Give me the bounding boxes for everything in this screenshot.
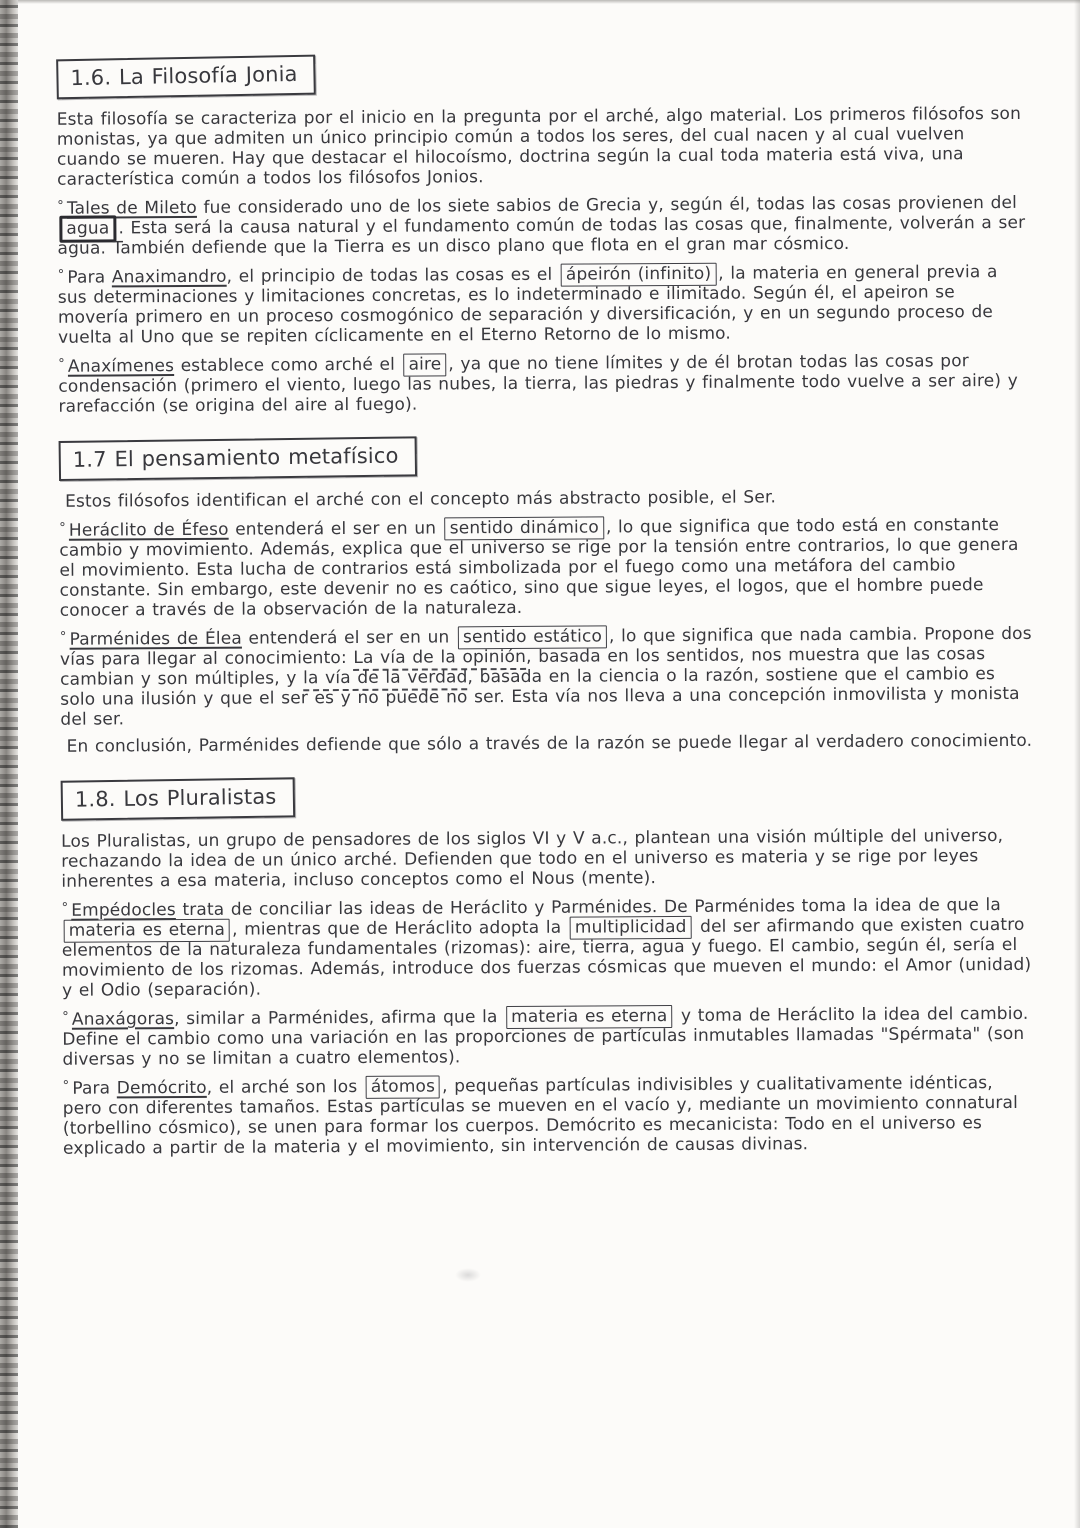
paragraph-tales: °Tales de Mileto fue considerado uno de … xyxy=(57,191,1029,259)
text-segment: Demócrito xyxy=(117,1078,207,1099)
paragraph-empedocles: °Empédocles trata de conciliar las ideas… xyxy=(61,893,1034,1001)
paragraph-text: Parménides de Élea entenderá el ser en u… xyxy=(60,624,1032,730)
scan-edge-left xyxy=(0,0,18,1528)
text-segment: Para xyxy=(67,267,112,287)
text-segment: Parménides de Élea xyxy=(70,629,242,650)
text-segment: Anaxímenes xyxy=(68,356,174,377)
scanned-notes-page: 1.6. La Filosofía Jonia Esta filosofía s… xyxy=(0,0,1080,1528)
notes-content: 1.6. La Filosofía Jonia Esta filosofía s… xyxy=(18,0,1069,1166)
paragraph-text: En conclusión, Parménides defiende que s… xyxy=(67,731,1033,757)
bullet-marker: ° xyxy=(58,355,65,375)
paragraph-pluralistas-intro: Los Pluralistas, un grupo de pensadores … xyxy=(61,826,1033,892)
bullet-marker: ° xyxy=(61,899,68,919)
text-segment: Heráclito de Éfeso xyxy=(69,520,229,541)
text-segment: , el principio de todas las cosas es el xyxy=(227,265,559,287)
paragraph-text: Anaxágoras, similar a Parménides, afirma… xyxy=(62,1004,1028,1070)
bullet-marker: ° xyxy=(63,1077,70,1097)
section-title-1-7: 1.7 El pensamiento metafísico xyxy=(59,436,417,481)
text-segment: entenderá el ser en un xyxy=(229,518,443,539)
bullet-marker: ° xyxy=(60,628,67,648)
paragraph-metafisico-intro: Estos filósofos identifican el arché con… xyxy=(59,486,1037,512)
paragraph-anaxagoras: °Anaxágoras, similar a Parménides, afirm… xyxy=(62,1002,1034,1070)
paragraph-text: Para Demócrito, el arché son los átomos,… xyxy=(63,1073,1018,1159)
paragraph-democrito: °Para Demócrito, el arché son los átomos… xyxy=(63,1071,1035,1159)
paragraph-parmenides: °Parménides de Élea entenderá el ser en … xyxy=(60,622,1033,730)
paragraph-anaximenes: °Anaxímenes establece como arché el aire… xyxy=(58,349,1030,417)
text-segment: , el arché son los xyxy=(207,1077,364,1098)
text-segment: Esta filosofía se caracteriza por el ini… xyxy=(57,104,1021,190)
paragraph-jonia-intro: Esta filosofía se caracteriza por el ini… xyxy=(57,104,1029,190)
text-segment: establece como arché el xyxy=(174,355,402,376)
pencil-smudge xyxy=(455,1268,481,1282)
bullet-marker: ° xyxy=(57,197,64,217)
paragraph-text: Estos filósofos identifican el arché con… xyxy=(65,487,776,511)
paragraph-text: Para Anaximandro, el principio de todas … xyxy=(58,262,998,348)
paragraph-text: Empédocles trata de conciliar las ideas … xyxy=(62,895,1032,1001)
text-segment: aire xyxy=(403,353,446,376)
text-segment: Anaximandro xyxy=(112,267,227,288)
text-segment: entenderá el ser en un xyxy=(242,627,456,648)
text-segment: , similar a Parménides, afirma que la xyxy=(174,1007,504,1029)
text-segment: En conclusión, Parménides defiende que s… xyxy=(67,731,1033,757)
paragraph-parmenides-conclusion: En conclusión, Parménides defiende que s… xyxy=(61,731,1039,757)
paragraph-text: Esta filosofía se caracteriza por el ini… xyxy=(57,104,1021,190)
bullet-marker: ° xyxy=(62,1008,69,1028)
text-segment: Para xyxy=(72,1078,117,1098)
bullet-marker: ° xyxy=(58,266,65,286)
paragraph-text: Anaxímenes establece como arché el aire,… xyxy=(58,351,1018,417)
section-title-1-6: 1.6. La Filosofía Jonia xyxy=(56,55,316,100)
scan-edge-right xyxy=(1074,0,1080,1528)
bullet-marker: ° xyxy=(59,519,66,539)
paragraph-text: Heráclito de Éfeso entenderá el ser en u… xyxy=(59,515,1018,621)
text-segment: . Esta será la causa natural y el fundam… xyxy=(57,213,1025,259)
text-segment: Empédocles xyxy=(71,900,176,921)
paragraph-text: Los Pluralistas, un grupo de pensadores … xyxy=(61,826,1003,892)
text-segment: , mientras que de Heráclito adopta la xyxy=(232,918,568,940)
text-segment: Estos filósofos identifican el arché con… xyxy=(65,487,776,511)
paragraph-anaximandro: °Para Anaximandro, el principio de todas… xyxy=(58,260,1030,348)
section-title-1-8: 1.8. Los Pluralistas xyxy=(61,777,295,820)
paragraph-heraclito: °Heráclito de Éfeso entenderá el ser en … xyxy=(59,513,1032,621)
text-segment: Anaxágoras xyxy=(72,1009,174,1030)
text-segment: átomos xyxy=(366,1075,440,1098)
paragraph-text: Tales de Mileto fue considerado uno de l… xyxy=(57,193,1025,259)
text-segment: Los Pluralistas, un grupo de pensadores … xyxy=(61,826,1003,892)
